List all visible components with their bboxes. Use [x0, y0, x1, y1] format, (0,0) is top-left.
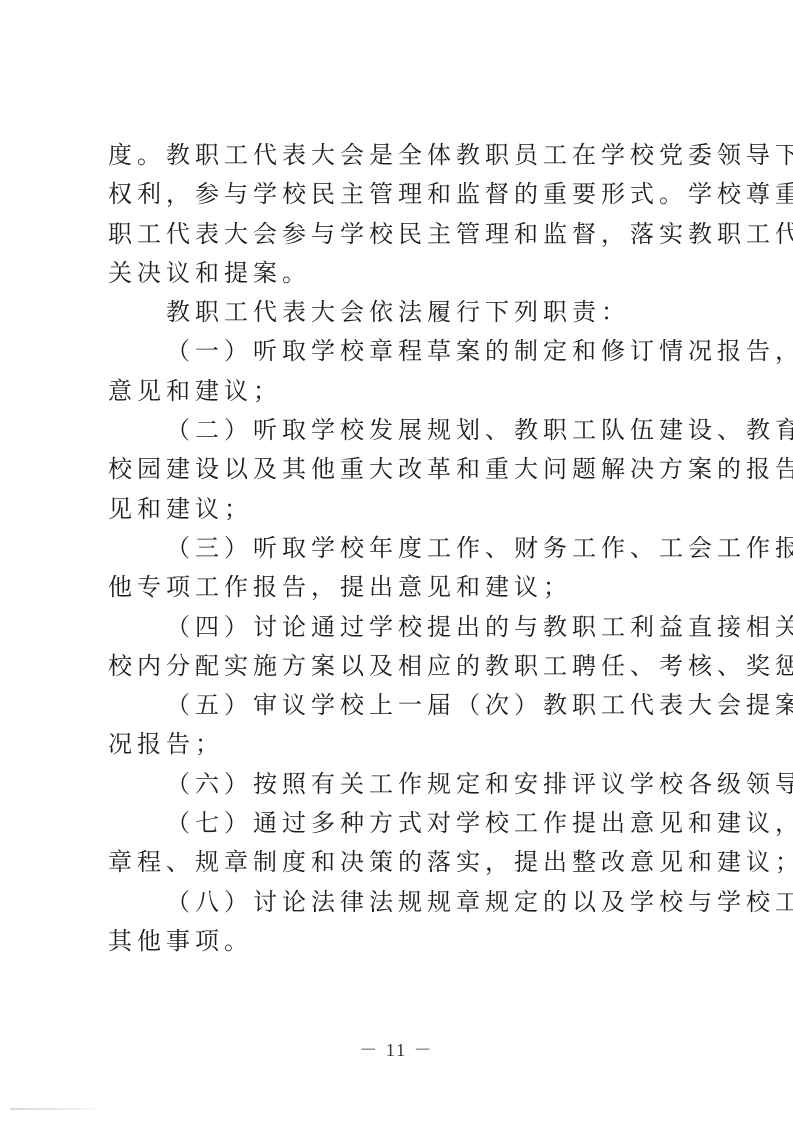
text-line: （三）听取学校年度工作、财务工作、工会工作报告以及其 [108, 529, 694, 568]
scan-artifact-line [10, 1108, 94, 1110]
text-line: 意见和建议； [108, 372, 694, 411]
duty-item-4: （四）讨论通过学校提出的与教职工利益直接相关的福利、 校内分配实施方案以及相应的… [108, 608, 694, 687]
duty-item-5: （五）审议学校上一届（次）教职工代表大会提案的办理情 况报告； [108, 686, 694, 765]
text-line: 校园建设以及其他重大改革和重大问题解决方案的报告，提出意 [108, 450, 694, 489]
duty-item-8: （八）讨论法律法规规章规定的以及学校与学校工会商定的 其他事项。 [108, 883, 694, 962]
text-line: （七）通过多种方式对学校工作提出意见和建议，监督学校 [108, 804, 694, 843]
text-line: 他专项工作报告，提出意见和建议； [108, 568, 694, 607]
text-line: （四）讨论通过学校提出的与教职工利益直接相关的福利、 [108, 608, 694, 647]
page-number: － 11 － [0, 1036, 793, 1062]
text-line: 章程、规章制度和决策的落实，提出整改意见和建议； [108, 843, 694, 882]
text-line: （五）审议学校上一届（次）教职工代表大会提案的办理情 [108, 686, 694, 725]
text-line: （六）按照有关工作规定和安排评议学校各级领导干部； [108, 765, 694, 804]
duty-item-1: （一）听取学校章程草案的制定和修订情况报告，提出修改 意见和建议； [108, 332, 694, 411]
text-line: 见和建议； [108, 490, 694, 529]
document-body: 度。教职工代表大会是全体教职员工在学校党委领导下行使民主 权利，参与学校民主管理… [108, 136, 694, 961]
intro-paragraph: 度。教职工代表大会是全体教职员工在学校党委领导下行使民主 权利，参与学校民主管理… [108, 136, 694, 293]
document-page: 度。教职工代表大会是全体教职员工在学校党委领导下行使民主 权利，参与学校民主管理… [0, 0, 793, 1121]
duty-item-7: （七）通过多种方式对学校工作提出意见和建议，监督学校 章程、规章制度和决策的落实… [108, 804, 694, 883]
text-line: （一）听取学校章程草案的制定和修订情况报告，提出修改 [108, 332, 694, 371]
text-line: 教职工代表大会依法履行下列职责： [108, 293, 694, 332]
duties-heading: 教职工代表大会依法履行下列职责： [108, 293, 694, 332]
text-line: 其他事项。 [108, 922, 694, 961]
text-line: （二）听取学校发展规划、教职工队伍建设、教育教学改革、 [108, 411, 694, 450]
duty-item-3: （三）听取学校年度工作、财务工作、工会工作报告以及其 他专项工作报告，提出意见和… [108, 529, 694, 608]
text-line: 权利，参与学校民主管理和监督的重要形式。学校尊重和支持教 [108, 175, 694, 214]
text-line: 校内分配实施方案以及相应的教职工聘任、考核、奖惩办法； [108, 647, 694, 686]
text-line: （八）讨论法律法规规章规定的以及学校与学校工会商定的 [108, 883, 694, 922]
duty-item-6: （六）按照有关工作规定和安排评议学校各级领导干部； [108, 765, 694, 804]
text-line: 职工代表大会参与学校民主管理和监督，落实教职工代表大会有 [108, 215, 694, 254]
text-line: 关决议和提案。 [108, 254, 694, 293]
text-line: 度。教职工代表大会是全体教职员工在学校党委领导下行使民主 [108, 136, 694, 175]
duty-item-2: （二）听取学校发展规划、教职工队伍建设、教育教学改革、 校园建设以及其他重大改革… [108, 411, 694, 529]
text-line: 况报告； [108, 725, 694, 764]
